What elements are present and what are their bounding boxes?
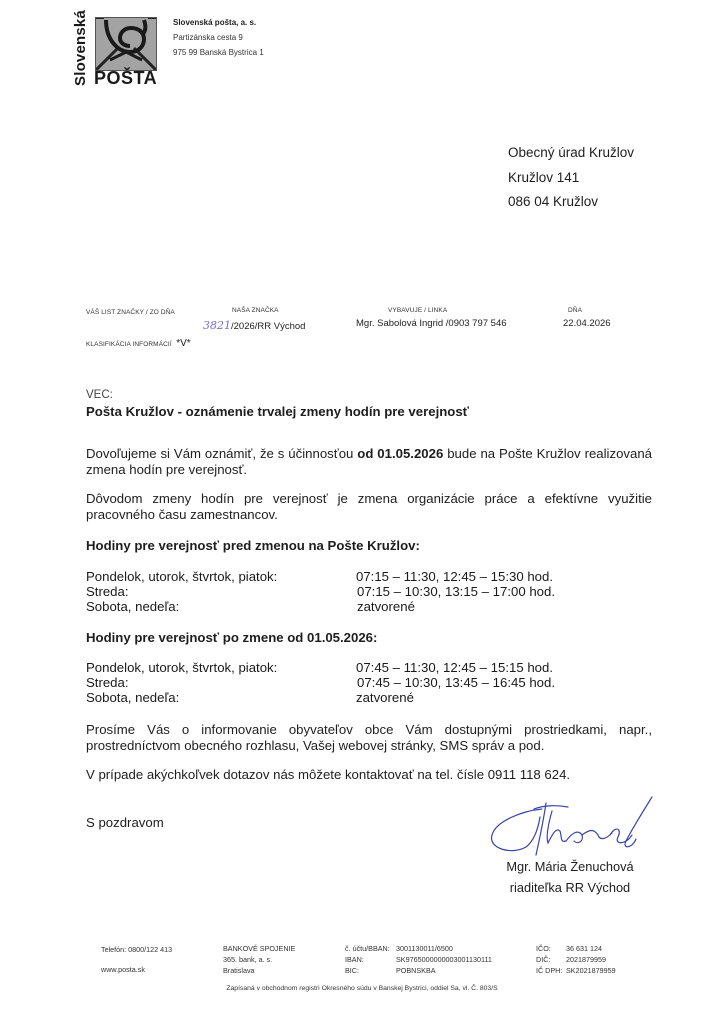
footer-ico-label: IČO: <box>536 943 562 954</box>
before-hours-heading: Hodiny pre verejnosť pred zmenou na Pošt… <box>86 538 420 554</box>
company-address: Slovenská pošta, a. s. Partizánska cesta… <box>173 15 264 60</box>
footer-bic-value: POBNSKBA <box>396 965 492 976</box>
addressee-block: Obecný úrad Kružlov Kružlov 141 086 04 K… <box>508 141 634 215</box>
hours-time: 07:15 – 10:30, 13:15 – 17:00 hod. <box>357 584 555 600</box>
classification: KLASIFIKÁCIA INFORMÁCIÍ *V* <box>86 333 191 351</box>
date-value: 22.04.2026 <box>563 318 611 329</box>
footer-bank-name: 365. bank, a. s. <box>223 954 295 965</box>
hours-days: Sobota, nedeľa: <box>86 690 179 706</box>
footer-register: Zapísaná v obchodnom registri Okresného … <box>0 983 724 994</box>
footer-iban-label: IBAN: <box>345 954 390 965</box>
paragraph-contact: V prípade akýchkoľvek dotazov nás môžete… <box>86 767 570 783</box>
after-hours-heading: Hodiny pre verejnosť po zmene od 01.05.2… <box>86 630 377 646</box>
hours-time: 07:45 – 11:30, 12:45 – 15:15 hod. <box>356 660 553 676</box>
footer-icdph-value: SK2021879959 <box>566 965 616 976</box>
envelope-posthorn-icon <box>95 17 157 71</box>
date-label: DŇA <box>568 307 582 314</box>
footer-iban-value: SK9765000000003001130111 <box>396 954 492 965</box>
paragraph-reason: Dôvodom zmeny hodín pre verejnosť je zme… <box>86 491 652 523</box>
hours-days: Pondelok, utorok, štvrtok, piatok: <box>86 660 277 676</box>
hours-days: Streda: <box>86 584 129 600</box>
your-letter-label: VÁŠ LIST ZNAČKY / ZO DŇA <box>86 309 175 316</box>
footer-bban-value: 3001130011/6500 <box>396 943 492 954</box>
paragraph-request: Prosíme Vás o informovanie obyvateľov ob… <box>86 722 652 754</box>
hours-days: Pondelok, utorok, štvrtok, piatok: <box>86 569 277 585</box>
paragraph-effective-date: Dovoľujeme si Vám oznámiť, že s účinnosť… <box>86 446 652 478</box>
footer-bank-city: Bratislava <box>223 965 295 976</box>
footer-dic-label: DIČ: <box>536 954 562 965</box>
para1-text-before: Dovoľujeme si Vám oznámiť, že s účinnosť… <box>86 446 357 461</box>
subject-label: VEC: <box>86 387 113 403</box>
logo-vertical-text: Slovenská <box>72 10 89 86</box>
footer-phone: Telefón: 0800/122 413 <box>101 944 172 955</box>
handwritten-signature <box>482 795 662 865</box>
handled-by-label: VYBAVUJE / LINKA <box>388 307 447 314</box>
footer-web[interactable]: www.posta.sk <box>101 964 145 975</box>
footer-id-labels: IČO: DIČ: IČ DPH: <box>536 943 562 976</box>
company-name: Slovenská pošta, a. s. <box>173 15 264 30</box>
company-street: Partizánska cesta 9 <box>173 30 264 45</box>
hours-time: 07:15 – 11:30, 12:45 – 15:30 hod. <box>356 569 553 585</box>
footer-account-values: 3001130011/6500 SK9765000000003001130111… <box>396 943 492 976</box>
addressee-line-1: Obecný úrad Kružlov <box>508 141 634 166</box>
handled-by-value: Mgr. Sabolová Ingrid /0903 797 546 <box>356 318 507 329</box>
hours-days: Streda: <box>86 675 129 691</box>
logo-word: POŠTA <box>94 68 157 89</box>
hours-time: zatvorené <box>356 690 414 706</box>
company-city: 975 99 Banská Bystrica 1 <box>173 45 264 60</box>
footer-id-values: 36 631 124 2021879959 SK2021879959 <box>566 943 616 976</box>
footer-icdph-label: IČ DPH: <box>536 965 562 976</box>
classification-label: KLASIFIKÁCIA INFORMÁCIÍ <box>86 341 172 348</box>
footer-bban-label: č. účtu/BBAN: <box>345 943 390 954</box>
addressee-line-3: 086 04 Kružlov <box>508 190 634 215</box>
footer-ico-value: 36 631 124 <box>566 943 616 954</box>
hours-time: 07:45 – 10:30, 13:45 – 16:45 hod. <box>357 675 555 691</box>
classification-value: *V* <box>176 338 190 349</box>
footer-bic-label: BIC: <box>345 965 390 976</box>
signatory-name: Mgr. Mária Ženuchová <box>495 859 645 875</box>
footer-bank: BANKOVÉ SPOJENIE 365. bank, a. s. Bratis… <box>223 943 295 976</box>
footer-account-labels: č. účtu/BBAN: IBAN: BIC: <box>345 943 390 976</box>
hours-days: Sobota, nedeľa: <box>86 599 179 615</box>
signatory-title: riaditeľka RR Východ <box>495 880 645 896</box>
our-ref-label: NAŠA ZNAČKA <box>232 307 279 314</box>
our-ref: 3821/2026/RR Východ <box>203 316 305 334</box>
addressee-line-2: Kružlov 141 <box>508 166 634 191</box>
our-ref-value: /2026/RR Východ <box>231 321 305 332</box>
closing: S pozdravom <box>86 815 164 831</box>
subject: Pošta Kružlov - oznámenie trvalej zmeny … <box>86 404 469 420</box>
effective-date: od 01.05.2026 <box>357 446 443 461</box>
footer-dic-value: 2021879959 <box>566 954 616 965</box>
footer-bank-label: BANKOVÉ SPOJENIE <box>223 943 295 954</box>
hours-time: zatvorené <box>357 599 415 615</box>
our-ref-handwritten: 3821 <box>203 319 231 332</box>
